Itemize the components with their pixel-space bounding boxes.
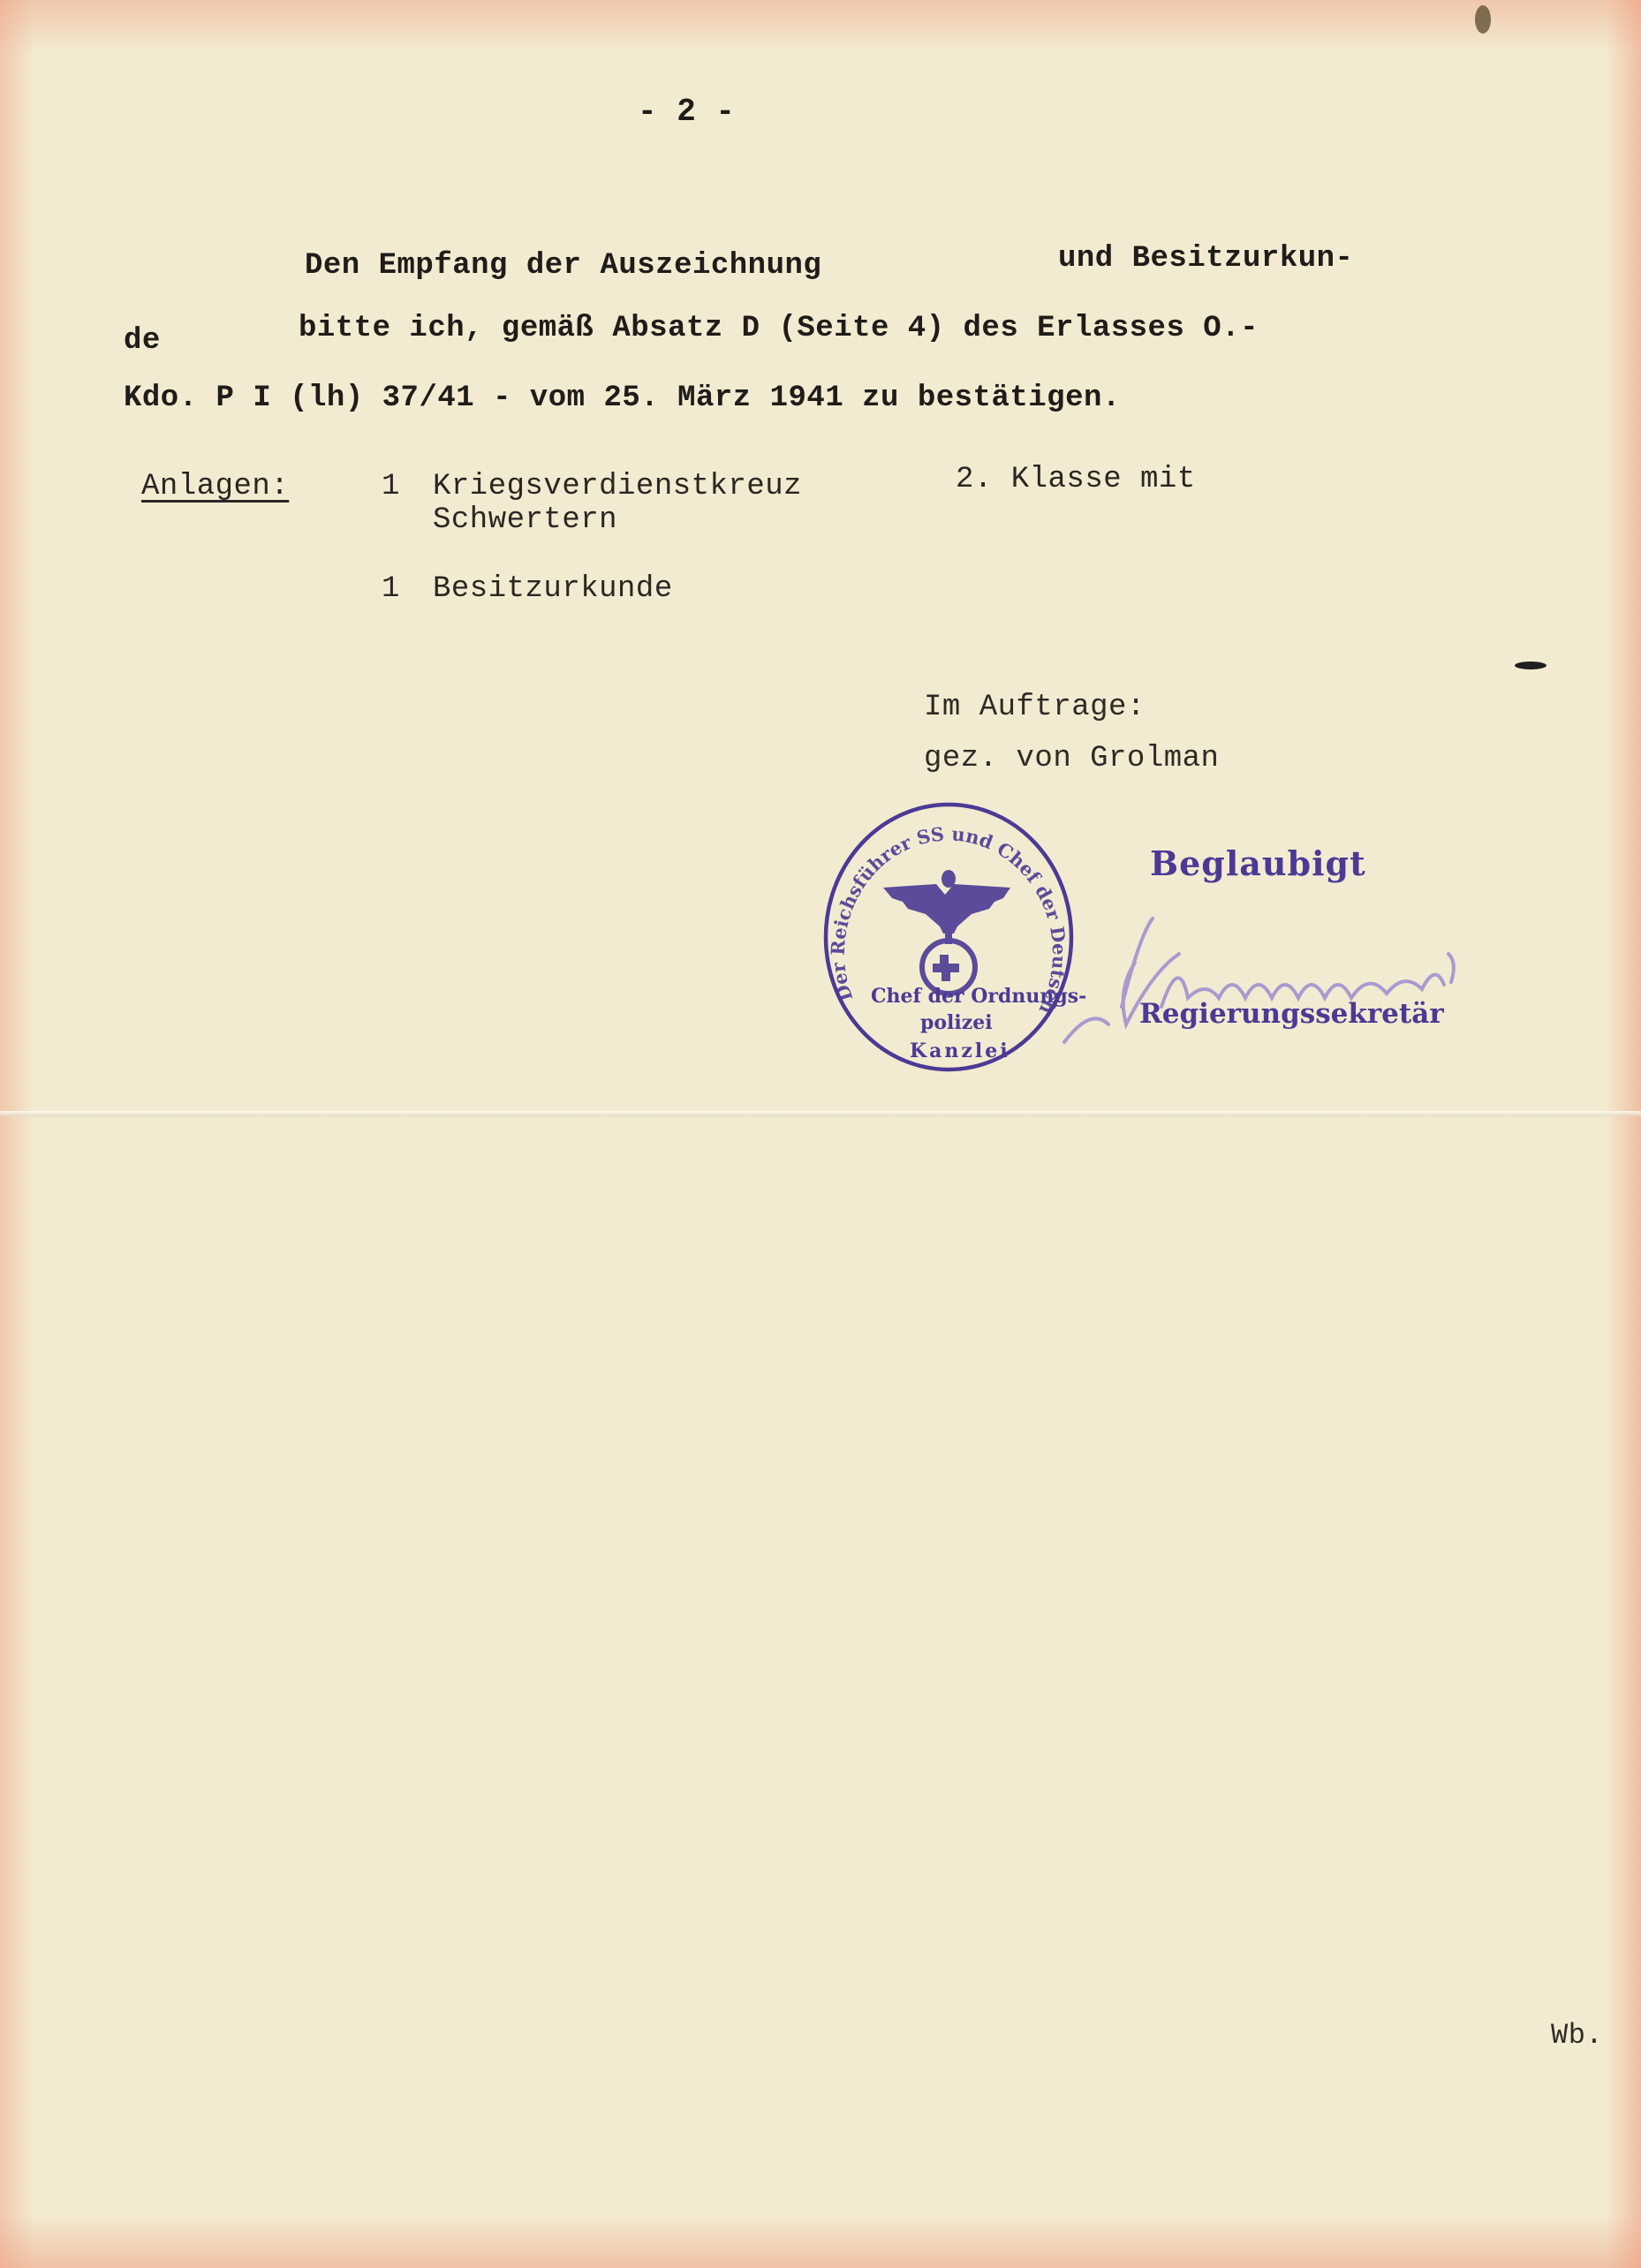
signature-line-1: Im Auftrage:: [924, 691, 1146, 724]
attachment-text-2: Besitzurkunde: [433, 572, 673, 606]
paper-edge-left: [0, 0, 35, 2268]
certification-title: Beglaubigt: [1150, 843, 1366, 883]
body-line-2b: bitte ich, gemäß Absatz D (Seite 4) des …: [299, 312, 1259, 345]
eagle-emblem-icon: [883, 870, 1010, 994]
paper-edge-right: [1606, 0, 1641, 2268]
footer-initials: Wb.: [1551, 2019, 1603, 2052]
body-line-2a: de: [124, 324, 161, 358]
certification-role: Regierungssekretär: [1139, 998, 1444, 1030]
attachments-label: Anlagen:: [141, 470, 289, 503]
ink-blot: [1515, 661, 1546, 669]
signature-line-2: gez. von Grolman: [924, 742, 1219, 775]
body-line-1a: Den Empfang der Auszeichnung: [305, 249, 821, 283]
body-line-1b: und Besitzurkun-: [1058, 242, 1353, 276]
paper-edge-top: [0, 0, 1641, 53]
seal-inner-line-1: Chef der Ordnungs-: [871, 985, 1086, 1008]
stain-mark: [1475, 5, 1491, 34]
attachment-text-1-line2: Schwertern: [433, 503, 617, 537]
paper-edge-bottom: [0, 2215, 1641, 2268]
page-number: - 2 -: [638, 94, 736, 130]
body-line-3: Kdo. P I (lh) 37/41 - vom 25. März 1941 …: [124, 382, 1121, 415]
seal-inner-line-2: polizei: [920, 1011, 993, 1034]
official-seal: Der Reichsführer SS und Chef der Deutsch…: [821, 799, 1076, 1075]
seal-bottom-text: Kanzlei: [910, 1039, 1010, 1062]
attachment-qty-1: 1: [382, 470, 400, 503]
attachment-qty-2: 1: [382, 572, 400, 606]
paper-fold-line: [0, 1111, 1641, 1116]
attachment-text-1: Kriegsverdienstkreuz: [433, 470, 802, 503]
attachment-text-1b: 2. Klasse mit: [956, 463, 1196, 496]
